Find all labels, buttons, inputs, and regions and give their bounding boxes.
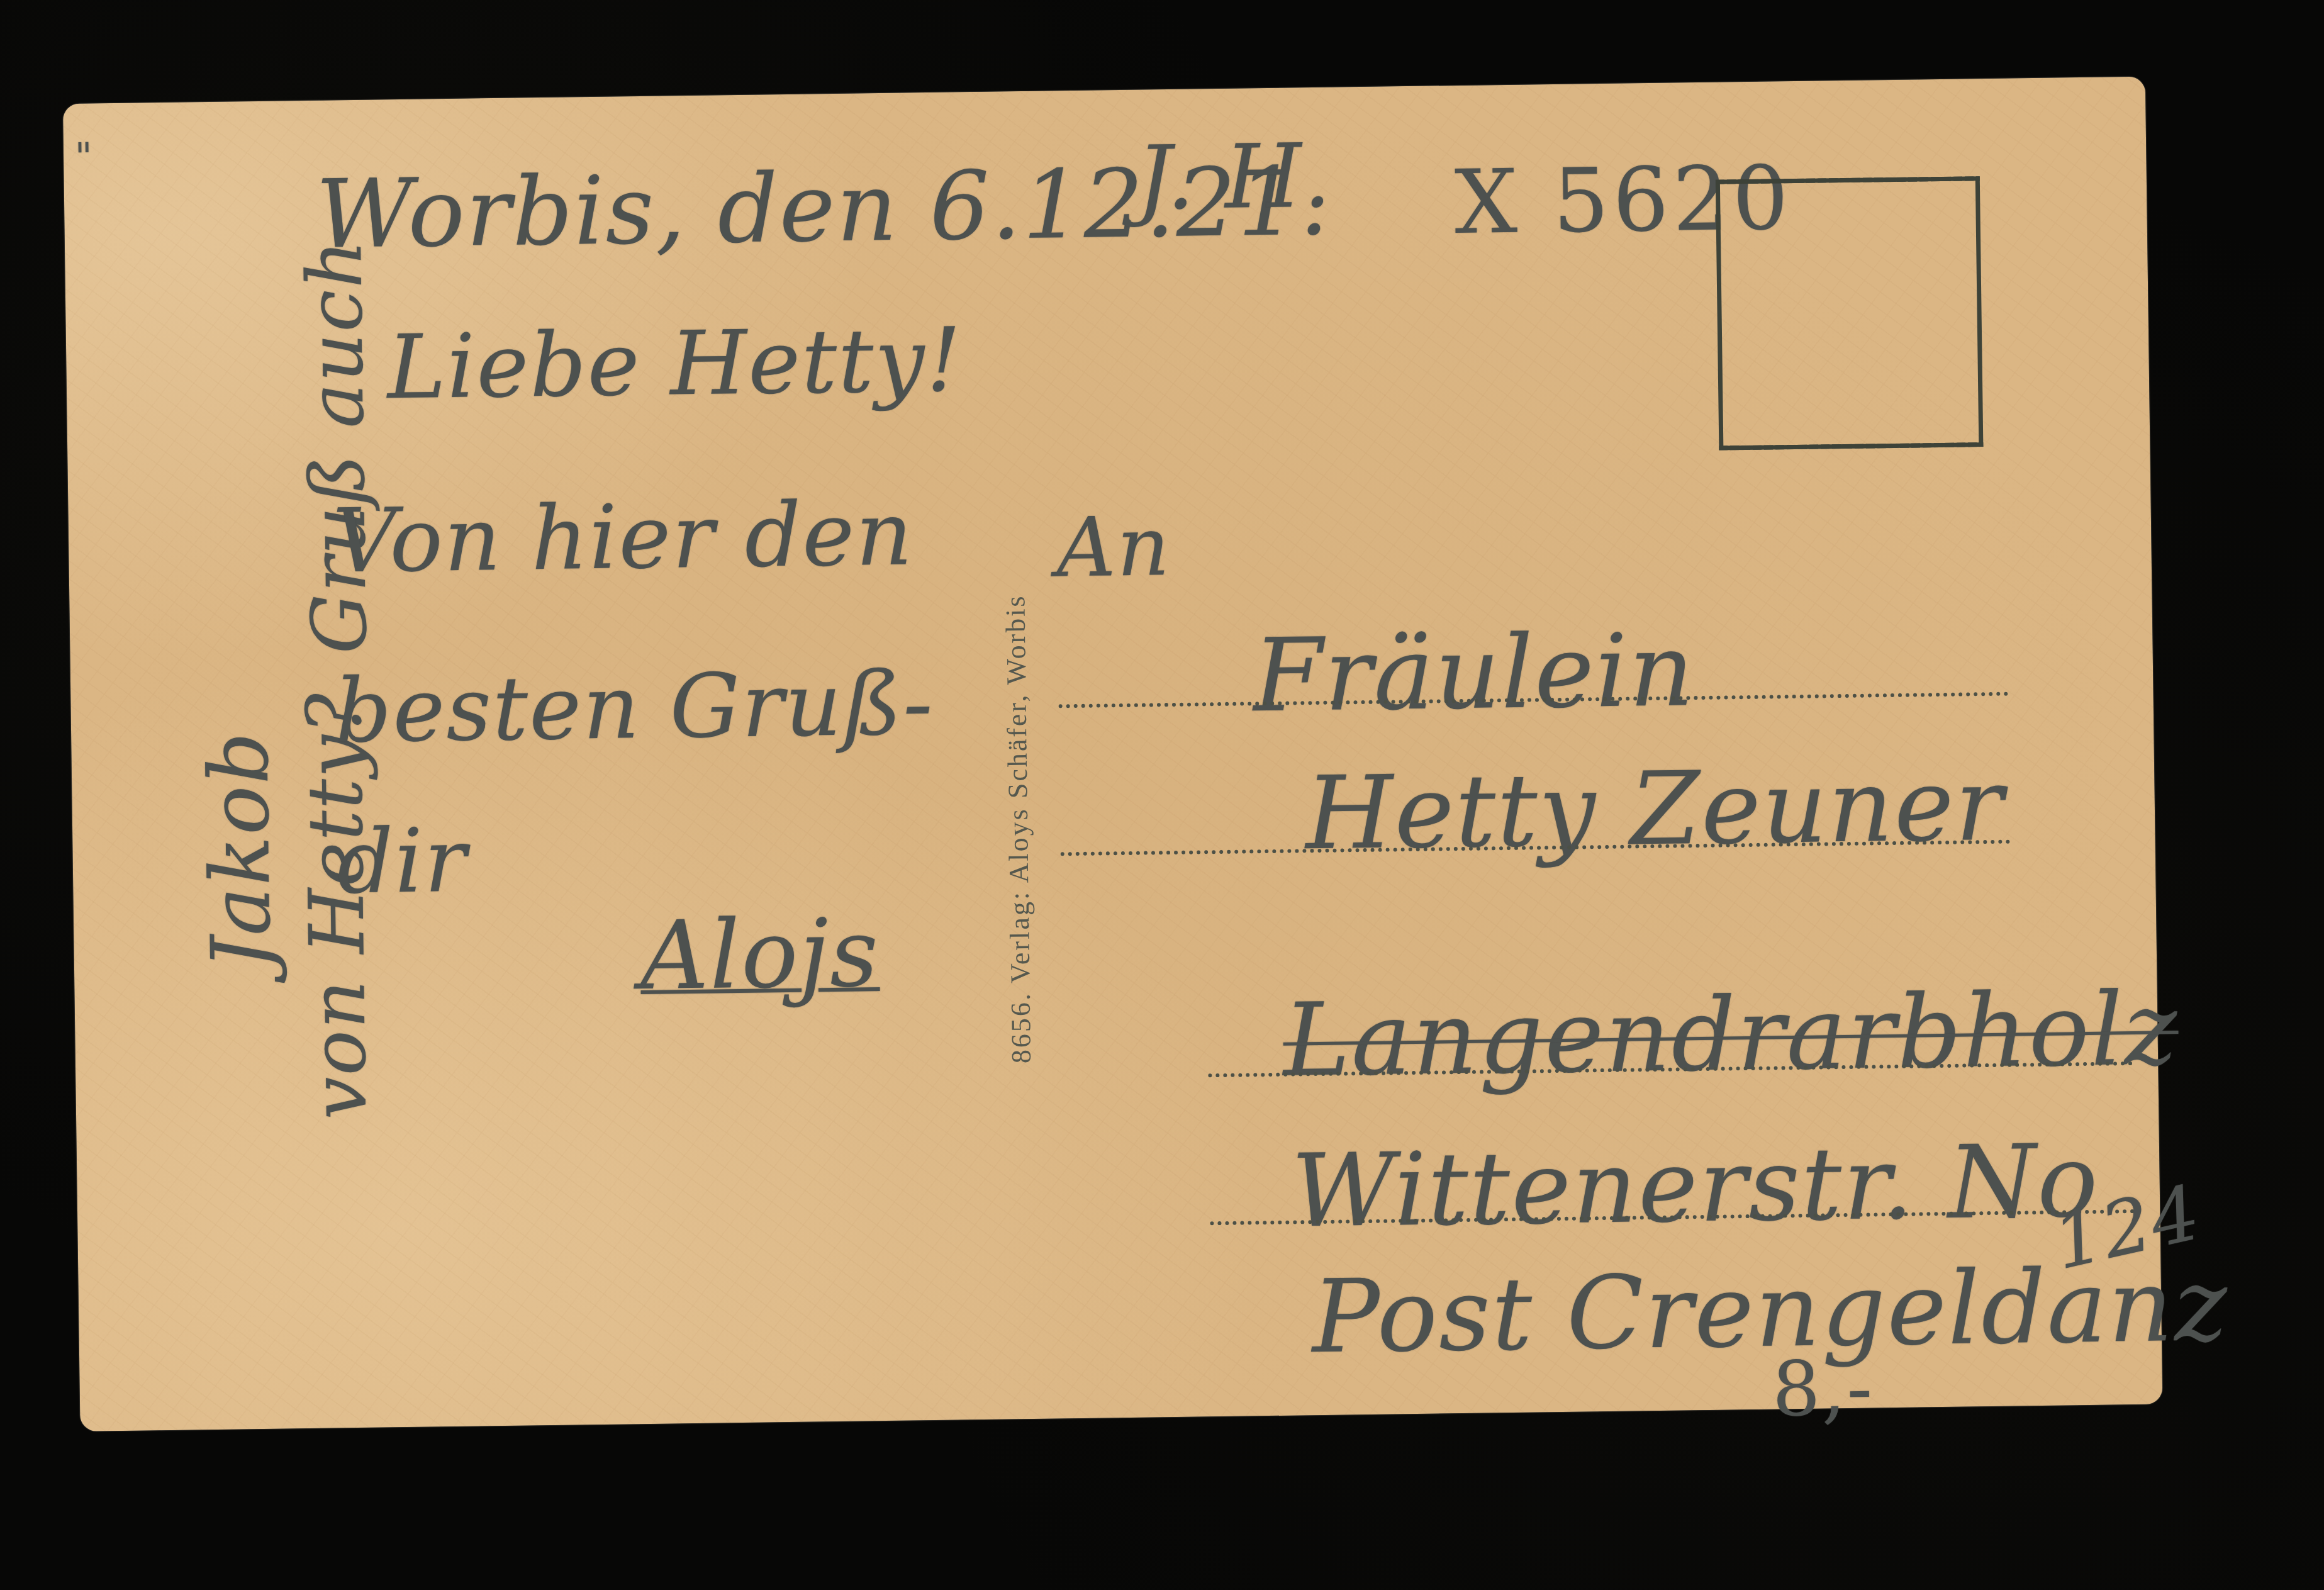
margin-tick-mark: ": [75, 135, 94, 179]
post-office: Post Crengeldanz: [1311, 1246, 2229, 1375]
address-title: Fräulein: [1253, 611, 1696, 734]
initials: J. H.: [1136, 125, 1333, 230]
margin-note-line2: Jakob: [191, 731, 289, 971]
greeting: Liebe Hetty!: [386, 309, 963, 419]
postcard: " Gruß auch Jakob von Hetty? Worbis, den…: [63, 77, 2162, 1431]
message-line-3: dir: [337, 810, 468, 914]
message-line-1: Von hier den: [332, 483, 914, 593]
signature: Alojs: [640, 899, 880, 1011]
address-town: Langendrarbholz: [1282, 970, 2179, 1099]
address-prefix: An: [1056, 498, 1171, 595]
message-line-2: besten Gruß-: [335, 652, 935, 763]
address-street: Wittenerstr. No: [1291, 1122, 2100, 1250]
stamp-box: [1716, 176, 1984, 450]
price-note: 8,-: [1772, 1345, 1874, 1434]
publisher-imprint: 8656. Verlag: Aloys Schäfer, Worbis: [999, 594, 1037, 1063]
address-name: Hetty Zeuner: [1305, 746, 2006, 873]
